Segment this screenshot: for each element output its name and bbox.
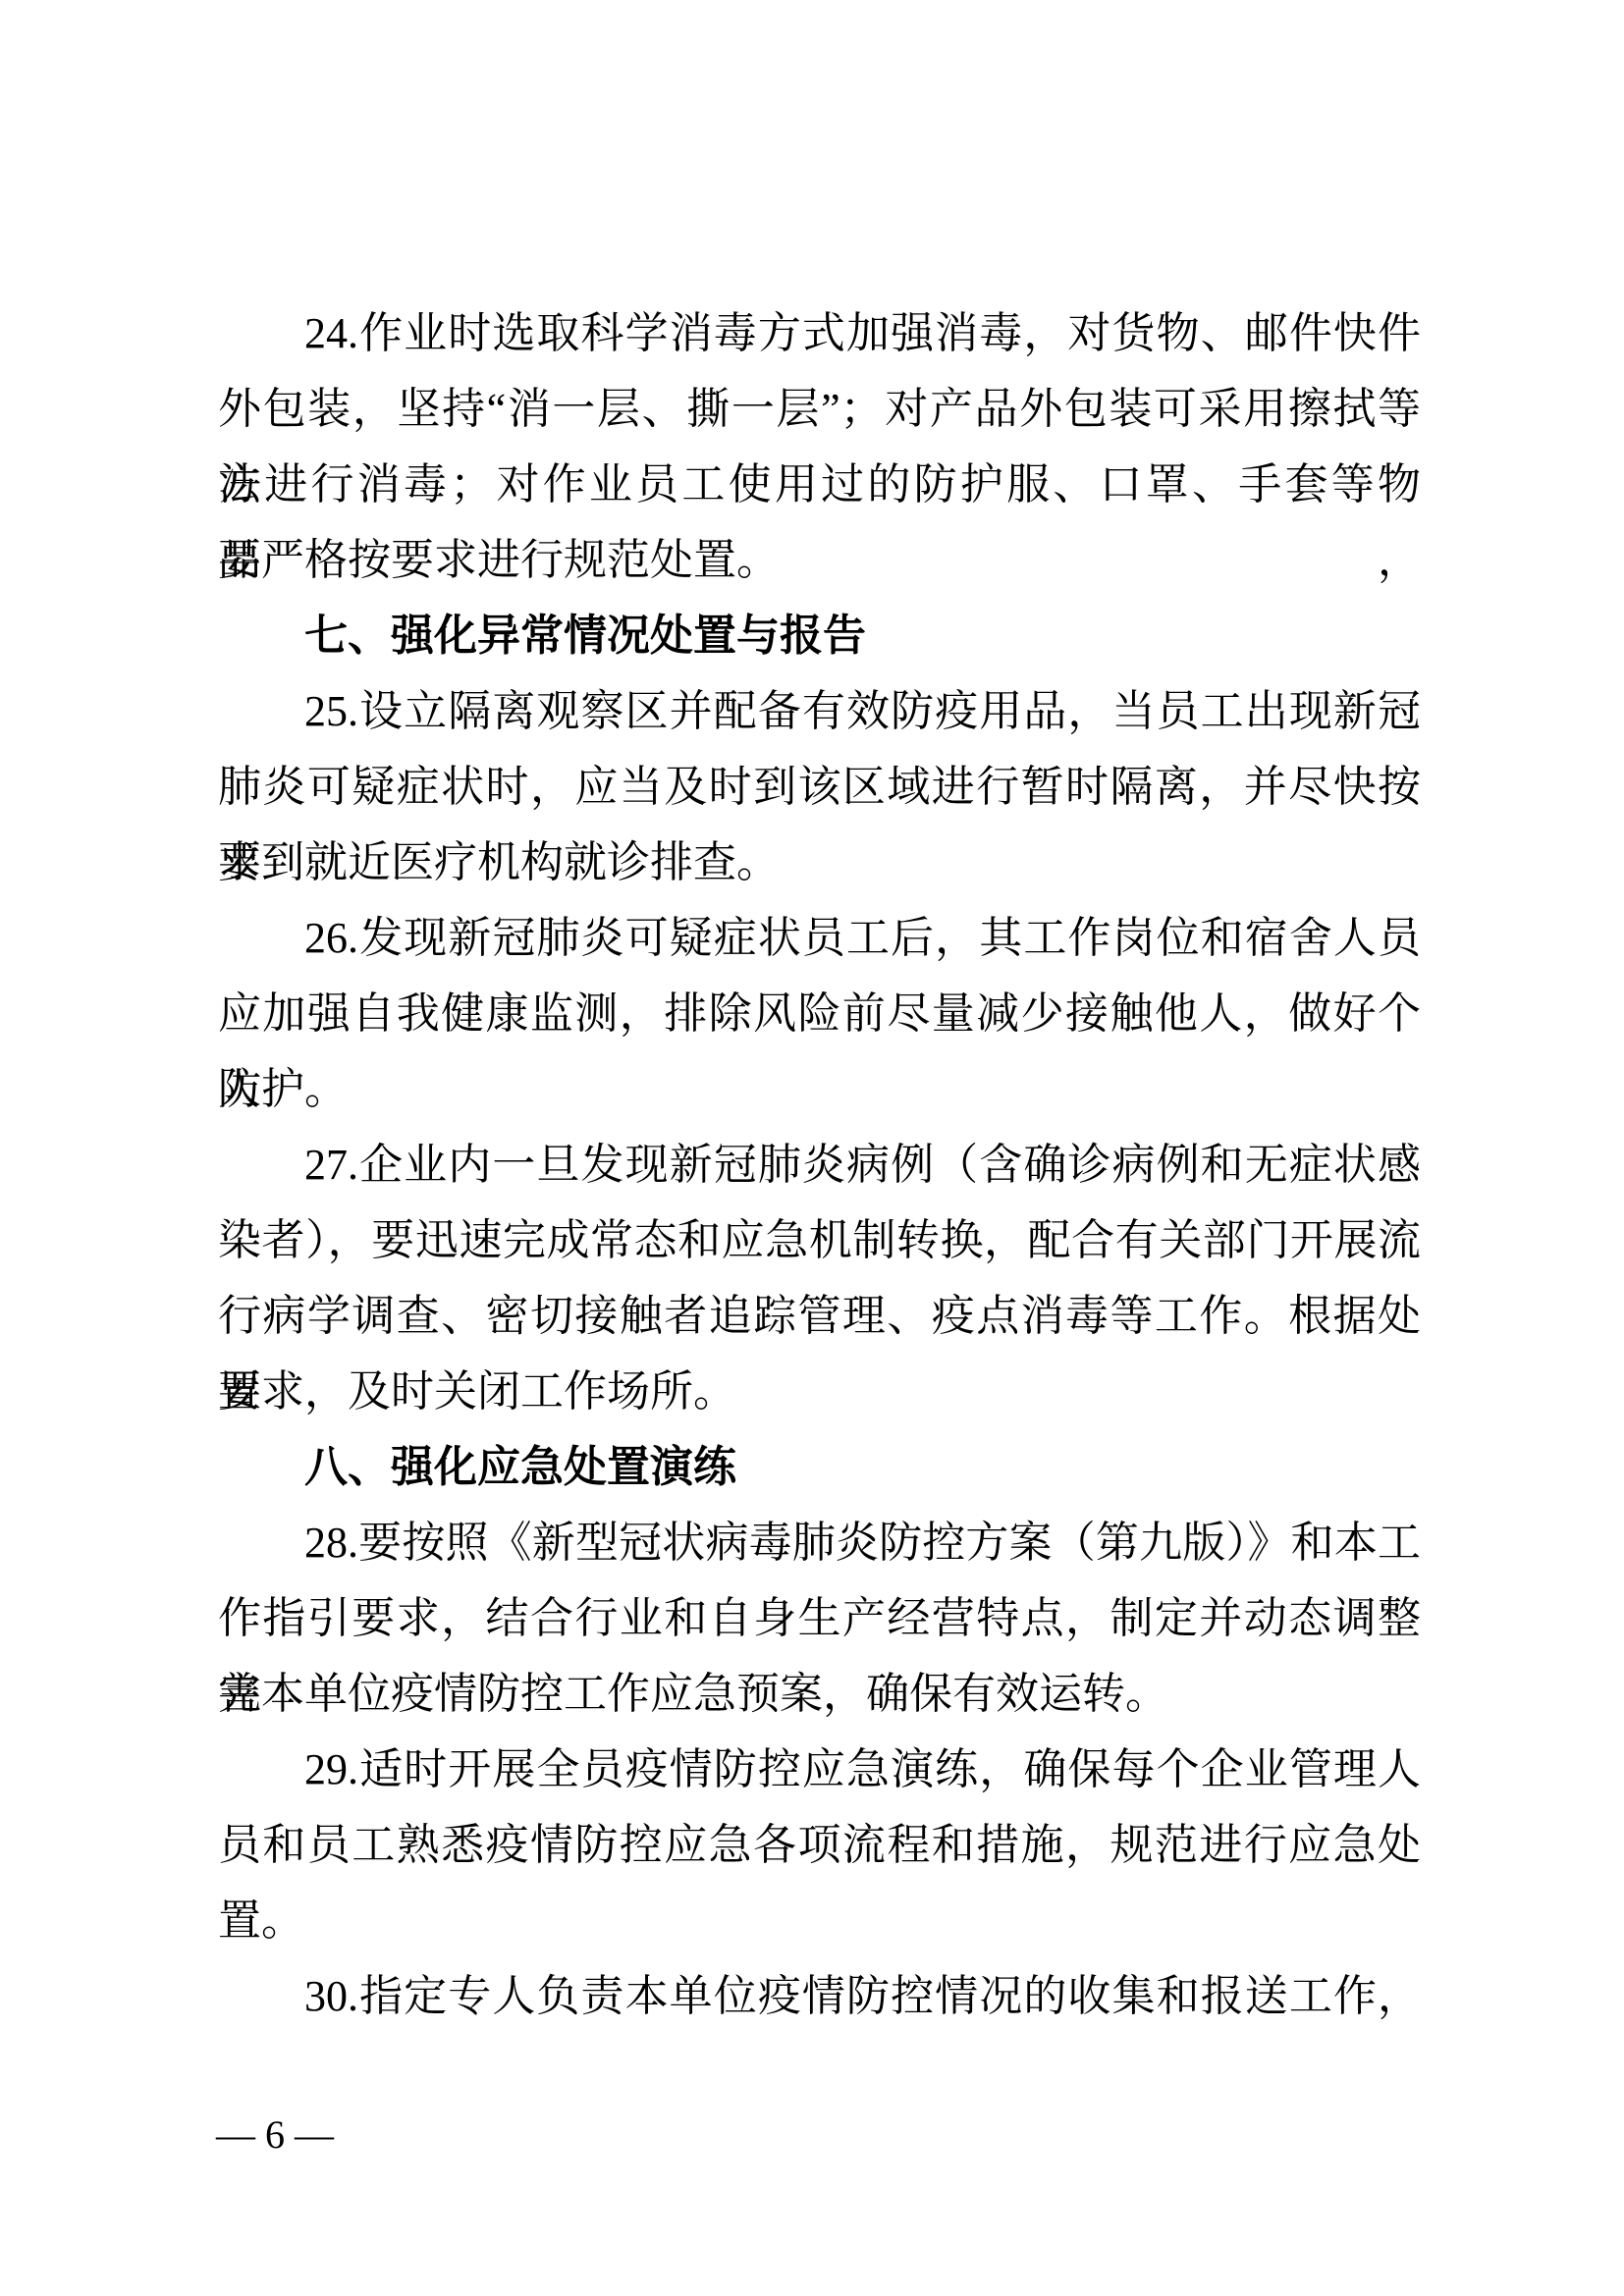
section-heading: 八、强化应急处置演练 (218, 1429, 1421, 1505)
page-footer: — 6 — (216, 2109, 334, 2162)
paragraph: 27.企业内一旦发现新冠肺炎病例（含确诊病例和无症状感染者），要迅速完成常态和应… (218, 1127, 1421, 1429)
text-line: 肺炎可疑症状时，应当及时到该区域进行暂时隔离，并尽快按要 (218, 749, 1421, 825)
paragraph: 30.指定专人负责本单位疫情防控情况的收集和报送工作， (218, 1958, 1421, 2034)
text-line: 作指引要求，结合行业和自身生产经营特点，制定并动态调整完 (218, 1580, 1421, 1656)
heading-line: 七、强化异常情况处置与报告 (218, 598, 1421, 673)
text-line: 应加强自我健康监测，排除风险前尽量减少接触他人，做好个人 (218, 976, 1421, 1051)
text-line: 染者），要迅速完成常态和应急机制转换，配合有关部门开展流 (218, 1202, 1421, 1278)
paragraph: 24.作业时选取科学消毒方式加强消毒，对货物、邮件快件外包装，坚持“消一层、撕一… (218, 295, 1421, 598)
text-line: 求到就近医疗机构就诊排查。 (218, 825, 1421, 900)
paragraph: 26.发现新冠肺炎可疑症状员工后，其工作岗位和宿舍人员应加强自我健康监测，排除风… (218, 900, 1421, 1127)
section-heading: 七、强化异常情况处置与报告 (218, 598, 1421, 673)
page-number: — 6 — (216, 2112, 334, 2157)
document-page: 24.作业时选取科学消毒方式加强消毒，对货物、邮件快件外包装，坚持“消一层、撕一… (0, 0, 1624, 2296)
text-line: 员和员工熟悉疫情防控应急各项流程和措施，规范进行应急处 (218, 1807, 1421, 1883)
paragraph: 25.设立隔离观察区并配备有效防疫用品，当员工出现新冠肺炎可疑症状时，应当及时到… (218, 673, 1421, 900)
text-line: 29.适时开展全员疫情防控应急演练，确保每个企业管理人 (218, 1732, 1421, 1807)
text-line: 防护。 (218, 1051, 1421, 1127)
text-line: 24.作业时选取科学消毒方式加强消毒，对货物、邮件快件 (218, 295, 1421, 371)
paragraph: 29.适时开展全员疫情防控应急演练，确保每个企业管理人员和员工熟悉疫情防控应急各… (218, 1732, 1421, 1958)
text-line: 要求，及时关闭工作场所。 (218, 1354, 1421, 1429)
text-line: 善本单位疫情防控工作应急预案，确保有效运转。 (218, 1656, 1421, 1732)
heading-line: 八、强化应急处置演练 (218, 1429, 1421, 1505)
text-line: 法进行消毒；对作业员工使用过的防护服、口罩、手套等物品， (218, 447, 1421, 522)
document-body: 24.作业时选取科学消毒方式加强消毒，对货物、邮件快件外包装，坚持“消一层、撕一… (218, 295, 1421, 2034)
text-line: 26.发现新冠肺炎可疑症状员工后，其工作岗位和宿舍人员 (218, 900, 1421, 976)
text-line: 28.要按照《新型冠状病毒肺炎防控方案（第九版）》和本工 (218, 1505, 1421, 1580)
text-line: 30.指定专人负责本单位疫情防控情况的收集和报送工作， (218, 1958, 1421, 2034)
text-line: 27.企业内一旦发现新冠肺炎病例（含确诊病例和无症状感 (218, 1127, 1421, 1202)
text-line: 置。 (218, 1883, 1421, 1958)
text-line: 25.设立隔离观察区并配备有效防疫用品，当员工出现新冠 (218, 673, 1421, 749)
text-line: 外包装，坚持“消一层、撕一层”；对产品外包装可采用擦拭等方 (218, 371, 1421, 447)
paragraph: 28.要按照《新型冠状病毒肺炎防控方案（第九版）》和本工作指引要求，结合行业和自… (218, 1505, 1421, 1732)
text-line: 行病学调查、密切接触者追踪管理、疫点消毒等工作。根据处置 (218, 1278, 1421, 1354)
